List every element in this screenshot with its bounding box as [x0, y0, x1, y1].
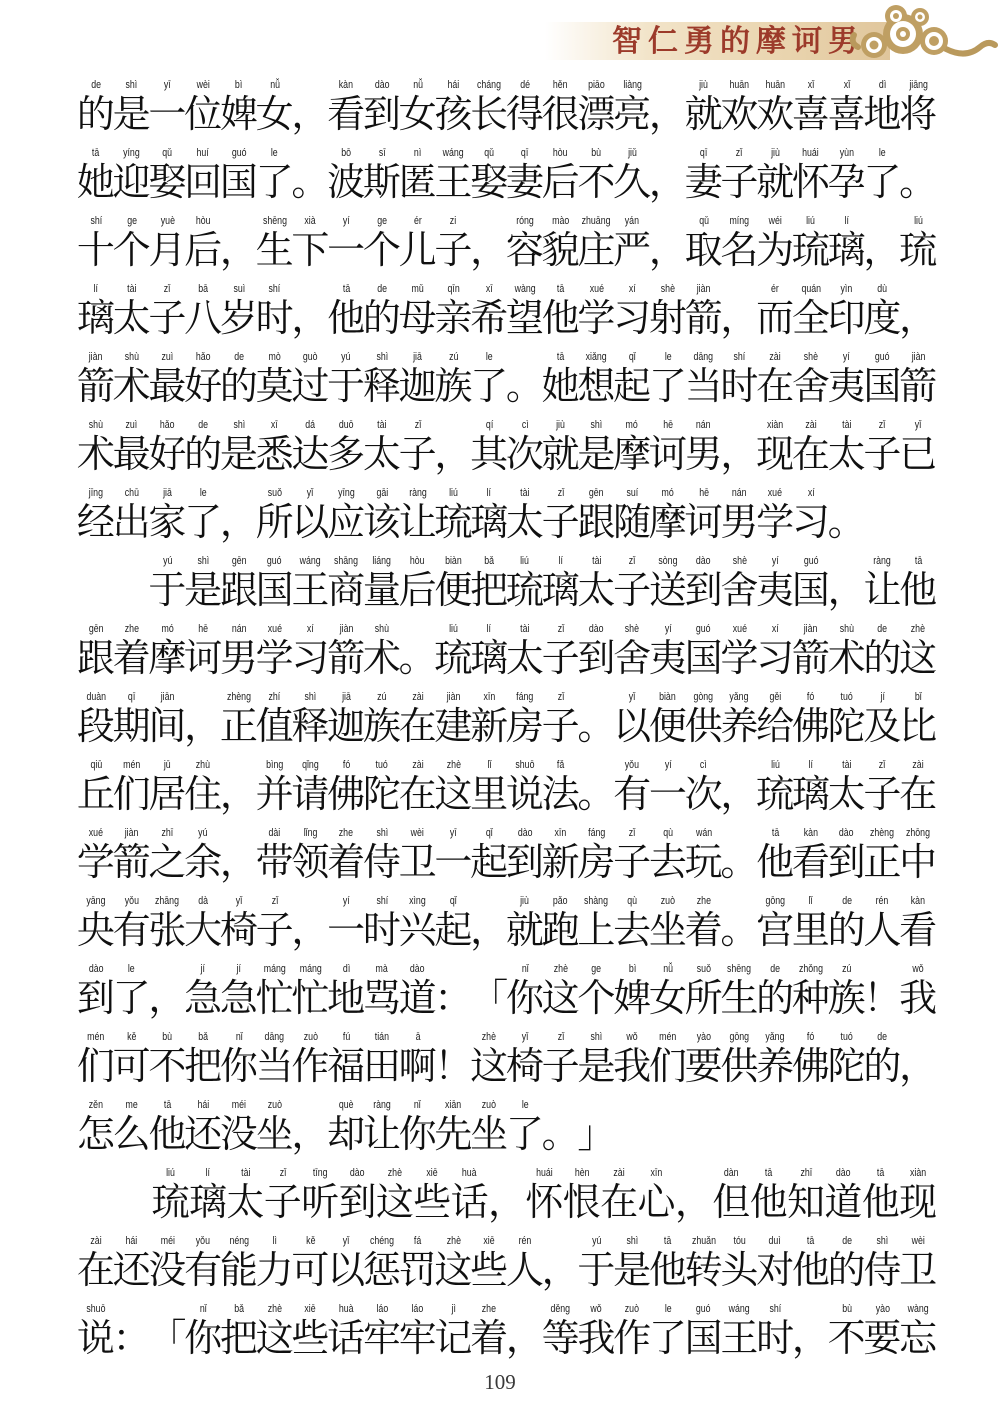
char-cell: wàng忘	[900, 1298, 936, 1361]
pinyin: xí	[772, 622, 779, 637]
pinyin: shì	[376, 350, 388, 365]
hanzi: 琉	[434, 501, 472, 545]
hanzi: 十	[77, 229, 115, 273]
char-cell: jiā迦	[328, 686, 364, 749]
char-cell: zhè这	[543, 958, 579, 1021]
hanzi: 琉	[152, 1181, 190, 1225]
pinyin: xué	[589, 282, 603, 297]
hanzi: 了	[649, 1317, 687, 1361]
pinyin: shù	[840, 622, 854, 637]
pinyin: guò	[303, 350, 318, 365]
pinyin: ge	[127, 214, 137, 229]
pinyin: tā	[664, 1234, 671, 1249]
pinyin: ér	[414, 214, 422, 229]
hanzi: 出	[113, 501, 151, 545]
pinyin: de	[842, 1234, 852, 1249]
pinyin: dào	[589, 622, 604, 637]
pinyin: bō	[341, 146, 351, 161]
pinyin: huān	[765, 78, 785, 93]
hanzi: 有	[184, 1249, 222, 1293]
pinyin: dào	[839, 826, 854, 841]
hanzi: 其	[470, 433, 508, 477]
hanzi: 一	[649, 773, 687, 817]
pinyin: quán	[801, 282, 821, 297]
pinyin: xué	[732, 622, 746, 637]
text-line: xué学jiàn箭zhī之yú余，dài带lǐng领zhe着shì侍wèi卫yī…	[78, 822, 936, 890]
char-cell: hèn恨	[564, 1162, 600, 1225]
pinyin: zuì	[126, 418, 138, 433]
pinyin: de	[877, 622, 887, 637]
hanzi: 摩	[613, 433, 651, 477]
char-cell: jiàn箭	[328, 618, 364, 681]
hanzi: 在	[399, 773, 437, 817]
pinyin: le	[664, 350, 671, 365]
char-cell: jiā迦	[400, 346, 436, 409]
pinyin: zhè	[446, 758, 460, 773]
char-cell: gēn跟	[221, 550, 257, 613]
pinyin: jiā	[413, 350, 422, 365]
hanzi: 们	[77, 1045, 115, 1089]
hanzi: 力	[256, 1249, 294, 1293]
pinyin: zuò	[303, 1030, 317, 1045]
char-cell: 。	[293, 142, 329, 205]
char-cell: ，	[722, 754, 758, 817]
hanzi: 释	[291, 705, 329, 749]
pinyin: de	[770, 962, 780, 977]
hanzi: 的	[828, 909, 866, 953]
pinyin: mà	[376, 962, 388, 977]
pinyin: kàn	[339, 78, 353, 93]
char-cell: dào道	[826, 1162, 862, 1225]
char-cell: tuó陀	[829, 1026, 865, 1089]
char-cell: ge个	[579, 958, 615, 1021]
pinyin: wàng	[908, 1302, 929, 1317]
hanzi: 先	[434, 1113, 472, 1157]
hanzi: 子	[720, 161, 758, 205]
hanzi: 了	[113, 977, 151, 1021]
pinyin: tā	[164, 1098, 171, 1113]
char-cell: shì是	[579, 414, 615, 477]
hanzi: 太	[363, 433, 401, 477]
char-cell: biàn便	[436, 550, 472, 613]
pinyin: jiǔ	[628, 146, 637, 161]
char-cell: yú于	[150, 550, 186, 613]
pinyin: qǐ	[629, 350, 636, 365]
hanzi: 学	[77, 841, 115, 885]
hanzi: 及	[863, 705, 901, 749]
hanzi: 娶	[148, 161, 186, 205]
char-cell: yīng应	[328, 482, 364, 545]
pinyin: lí	[809, 758, 813, 773]
char-cell: zài在	[601, 1162, 637, 1225]
char-cell: mén们	[114, 754, 150, 817]
hanzi: 作	[291, 1045, 329, 1089]
pinyin: hē	[663, 418, 673, 433]
hanzi: 箭	[113, 841, 151, 885]
hanzi: 喜	[792, 93, 830, 137]
pinyin: dào	[518, 826, 533, 841]
char-cell: děng等	[543, 1298, 579, 1361]
pinyin: tián	[375, 1030, 389, 1045]
char-cell: mó摩	[650, 482, 686, 545]
char-cell: hē诃	[185, 618, 221, 681]
pinyin: zú	[449, 350, 458, 365]
char-cell: zhèng正	[865, 822, 901, 885]
pinyin: shì	[305, 690, 317, 705]
hanzi: 璃	[77, 297, 115, 341]
pinyin: suì	[233, 282, 245, 297]
char-cell: xiàn现	[757, 414, 793, 477]
pinyin: zhī	[162, 826, 174, 841]
pinyin: shí	[269, 282, 281, 297]
char-cell: jiā家	[150, 482, 186, 545]
char-cell: ，	[650, 74, 686, 137]
pinyin: yǒu	[125, 894, 139, 909]
hanzi: 却	[327, 1113, 365, 1157]
hanzi: 。	[577, 773, 615, 817]
char-cell: wáng王	[293, 550, 329, 613]
pinyin: biàn	[445, 554, 462, 569]
hanzi: 带	[256, 841, 294, 885]
char-cell: yí一	[328, 890, 364, 953]
pinyin: mén	[87, 1030, 104, 1045]
char-cell: shēng生	[722, 958, 758, 1021]
hanzi: ，	[291, 93, 329, 137]
hanzi: 佛	[327, 773, 365, 817]
hanzi: 法	[542, 773, 580, 817]
pinyin: lǐ	[809, 894, 813, 909]
hanzi: 福	[327, 1045, 365, 1089]
hanzi: 急	[220, 977, 258, 1021]
pinyin: tóu	[733, 1234, 745, 1249]
pinyin: jiù	[771, 146, 780, 161]
hanzi: 陀	[363, 773, 401, 817]
pinyin: liú	[449, 622, 458, 637]
hanzi: 的	[220, 365, 258, 409]
char-cell: huí回	[185, 142, 221, 205]
hanzi: ，	[470, 909, 508, 953]
hanzi: 他	[899, 569, 937, 613]
pinyin: ràng	[874, 554, 892, 569]
pinyin: lì	[272, 1234, 276, 1249]
hanzi: ，	[220, 841, 258, 885]
char-cell: xué学	[257, 618, 293, 681]
hanzi: 了	[470, 365, 508, 409]
char-cell: yú余	[185, 822, 221, 885]
char-cell: jīng经	[78, 482, 114, 545]
char-cell: fó佛	[793, 686, 829, 749]
hanzi: ，	[470, 229, 508, 273]
pinyin: huà	[339, 1302, 354, 1317]
char-cell: yāng央	[78, 890, 114, 953]
pinyin: xiē	[427, 1166, 438, 1181]
hanzi: 你	[184, 1317, 222, 1361]
char-cell: de的	[78, 74, 114, 137]
hanzi: 孩	[434, 93, 472, 137]
hanzi: 就	[542, 433, 580, 477]
char-cell: xiǎng想	[579, 346, 615, 409]
hanzi: 璃	[828, 229, 866, 273]
pinyin: shuō	[515, 758, 534, 773]
char-cell: ér儿	[400, 210, 436, 273]
char-cell: dào到	[364, 74, 400, 137]
hanzi: 位	[184, 93, 222, 137]
hanzi: 正	[220, 705, 258, 749]
char-cell: dào到	[340, 1162, 376, 1225]
pinyin: tài	[520, 486, 529, 501]
pinyin: wǒ	[627, 1030, 638, 1045]
hanzi: 了	[506, 1113, 544, 1157]
hanzi: 便	[649, 705, 687, 749]
hanzi: 一	[434, 841, 472, 885]
hanzi: 之	[148, 841, 186, 885]
hanzi: 严	[613, 229, 651, 273]
pinyin: gāi	[376, 486, 388, 501]
pinyin: duō	[339, 418, 354, 433]
hanzi: 迦	[327, 705, 365, 749]
pinyin: le	[200, 486, 207, 501]
hanzi: 欢	[756, 93, 794, 137]
pinyin: tuó	[840, 1030, 852, 1045]
pinyin: yī	[450, 826, 457, 841]
hanzi: 夷	[828, 365, 866, 409]
hanzi: 坐	[256, 1113, 294, 1157]
hanzi: 的	[756, 977, 794, 1021]
char-cell: shí时	[757, 1298, 793, 1361]
char-cell: kàn看	[793, 822, 829, 885]
pinyin: hē	[699, 486, 709, 501]
hanzi: 张	[148, 909, 186, 953]
pinyin: míng	[730, 214, 750, 229]
pinyin: guó	[267, 554, 282, 569]
pinyin: rén	[876, 894, 889, 909]
char-cell: wǒ我	[579, 1298, 615, 1361]
hanzi: 了	[184, 501, 222, 545]
hanzi: 。	[542, 1113, 580, 1157]
char-cell: sòng送	[650, 550, 686, 613]
pinyin: gěi	[769, 690, 781, 705]
pinyin: dà	[198, 894, 208, 909]
pinyin: yìn	[841, 282, 853, 297]
hanzi: 多	[327, 433, 365, 477]
pinyin: xué	[89, 826, 103, 841]
char-cell: xiàn现	[900, 1162, 936, 1225]
char-cell: bì婢	[614, 958, 650, 1021]
hanzi: 段	[77, 705, 115, 749]
pinyin: lí	[206, 1166, 210, 1181]
hanzi: 请	[291, 773, 329, 817]
char-cell: 。	[900, 142, 936, 205]
char-cell: jiàn箭	[900, 346, 936, 409]
pinyin: xiē	[484, 1234, 495, 1249]
char-cell: qǔ娶	[471, 142, 507, 205]
char-cell: duàn段	[78, 686, 114, 749]
pinyin: qǔ	[699, 214, 709, 229]
hanzi: 漂	[577, 93, 615, 137]
char-cell: ，	[471, 210, 507, 273]
char-cell: ，	[221, 210, 257, 273]
hanzi: 了	[863, 161, 901, 205]
indent-spacer	[114, 550, 150, 554]
hanzi: 是	[113, 93, 151, 137]
char-cell: wáng王	[722, 1298, 758, 1361]
char-cell: tā他	[793, 1230, 829, 1293]
pinyin: jiā	[342, 690, 351, 705]
hanzi: 到	[685, 569, 723, 613]
pinyin: mò	[269, 350, 281, 365]
char-cell: qǐng请	[293, 754, 329, 817]
pinyin: wán	[696, 826, 712, 841]
hanzi: 诃	[184, 637, 222, 681]
hanzi: 子	[613, 841, 651, 885]
hanzi: 。	[577, 705, 615, 749]
char-cell: jiù就	[507, 890, 543, 953]
pinyin: zǐ	[629, 826, 635, 841]
char-cell: zuì最	[114, 414, 150, 477]
pinyin: dài	[269, 826, 281, 841]
char-cell: fá罚	[400, 1230, 436, 1293]
pinyin: zuò	[268, 1098, 282, 1113]
hanzi: 迎	[113, 161, 151, 205]
hanzi: 你	[220, 1045, 258, 1089]
char-cell: wéi为	[757, 210, 793, 273]
pinyin: me	[126, 1098, 138, 1113]
pinyin: méi	[160, 1234, 174, 1249]
char-cell: bù不	[829, 1298, 865, 1361]
pinyin: xīn	[555, 826, 567, 841]
char-cell: pǎo跑	[543, 890, 579, 953]
char-cell: zhè这	[436, 754, 472, 817]
pinyin: tā	[557, 282, 564, 297]
char-cell: zuò坐	[257, 1094, 293, 1157]
pinyin: nì	[414, 146, 421, 161]
char-cell: ，	[221, 482, 257, 545]
hanzi: 妻	[685, 161, 723, 205]
hanzi: 央	[77, 909, 115, 953]
hanzi: 记	[434, 1317, 472, 1361]
char-cell: ，	[436, 414, 472, 477]
pinyin: nǐ	[521, 962, 528, 977]
hanzi: 国	[256, 569, 294, 613]
char-cell: suǒ所	[686, 958, 722, 1021]
hanzi: 没	[220, 1113, 258, 1157]
char-cell: tài太	[579, 550, 615, 613]
char-cell: zhāng张	[150, 890, 186, 953]
hanzi: 忘	[899, 1317, 937, 1361]
pinyin: yīng	[338, 486, 355, 501]
char-cell: shuō说	[507, 754, 543, 817]
char-cell: kàn看	[328, 74, 364, 137]
pinyin: mó	[626, 418, 638, 433]
char-cell: 。	[722, 890, 758, 953]
char-cell: zú族	[364, 686, 400, 749]
char-cell: zhè这	[900, 618, 936, 681]
hanzi: ，	[148, 977, 186, 1021]
hanzi: 宫	[756, 909, 794, 953]
hanzi: 啊	[399, 1045, 437, 1089]
char-cell: nán男	[722, 482, 758, 545]
hanzi: 话	[327, 1317, 365, 1361]
hanzi: 跟	[77, 637, 115, 681]
hanzi: 妻	[506, 161, 544, 205]
pinyin: dào	[350, 1166, 365, 1181]
char-cell: lǐng领	[293, 822, 329, 885]
pinyin: bì	[235, 78, 242, 93]
char-cell: tián田	[364, 1026, 400, 1089]
hanzi: 他	[148, 1113, 186, 1157]
char-cell: 」	[579, 1094, 615, 1157]
hanzi: 太	[113, 297, 151, 341]
hanzi: 在	[77, 1249, 115, 1293]
pinyin: nǚ	[270, 78, 280, 93]
char-cell: xiān先	[436, 1094, 472, 1157]
pinyin: shì	[877, 1234, 889, 1249]
char-cell: shù术	[78, 414, 114, 477]
hanzi: 养	[756, 1045, 794, 1089]
hanzi: 家	[148, 501, 186, 545]
pinyin: zhī	[800, 1166, 812, 1181]
char-cell: qī妻	[686, 142, 722, 205]
pinyin: huà	[462, 1166, 477, 1181]
char-cell: zǐ子	[543, 618, 579, 681]
pinyin: jiàn	[89, 350, 103, 365]
hanzi: ，	[720, 433, 758, 477]
pinyin: shù	[375, 622, 389, 637]
hanzi: 学	[720, 637, 758, 681]
cloud-ornament-icon	[846, 1, 998, 69]
hanzi: 「	[470, 977, 508, 1021]
pinyin: zhè	[554, 962, 568, 977]
char-cell: lí璃	[543, 550, 579, 613]
char-cell: cì次	[686, 754, 722, 817]
hanzi: 住	[184, 773, 222, 817]
char-cell: xīn心	[639, 1162, 675, 1225]
hanzi: 国	[863, 365, 901, 409]
char-cell: yíng迎	[114, 142, 150, 205]
char-cell: gōng宫	[757, 890, 793, 953]
hanzi: 女	[256, 93, 294, 137]
hanzi: 罚	[399, 1249, 437, 1293]
hanzi: ，	[720, 297, 758, 341]
hanzi: ！	[863, 977, 901, 1021]
pinyin: nǐ	[414, 1098, 421, 1113]
char-cell: mén们	[650, 1026, 686, 1089]
char-cell: ge个	[364, 210, 400, 273]
pinyin: le	[486, 350, 493, 365]
char-cell: yú于	[579, 1230, 615, 1293]
char-cell: lǐ里	[471, 754, 507, 817]
char-cell: kě可	[293, 1230, 329, 1293]
pinyin: shí	[376, 894, 388, 909]
hanzi: ：	[434, 977, 472, 1021]
char-cell: lí璃	[78, 278, 114, 341]
hanzi: 转	[685, 1249, 723, 1293]
pinyin: zǐ	[557, 622, 563, 637]
pinyin: dé	[520, 78, 530, 93]
char-cell: yí一	[650, 754, 686, 817]
char-cell: bā八	[185, 278, 221, 341]
char-cell: ，	[507, 1298, 543, 1361]
char-cell: tóu头	[722, 1230, 758, 1293]
char-cell: dì地	[328, 958, 364, 1021]
hanzi: 术	[828, 637, 866, 681]
char-cell: jiāng将	[900, 74, 936, 137]
char-cell: tài太	[228, 1162, 264, 1225]
hanzi: 王	[434, 161, 472, 205]
char-cell: kě可	[114, 1026, 150, 1089]
char-cell: wèi卫	[400, 822, 436, 885]
hanzi: 得	[506, 93, 544, 137]
